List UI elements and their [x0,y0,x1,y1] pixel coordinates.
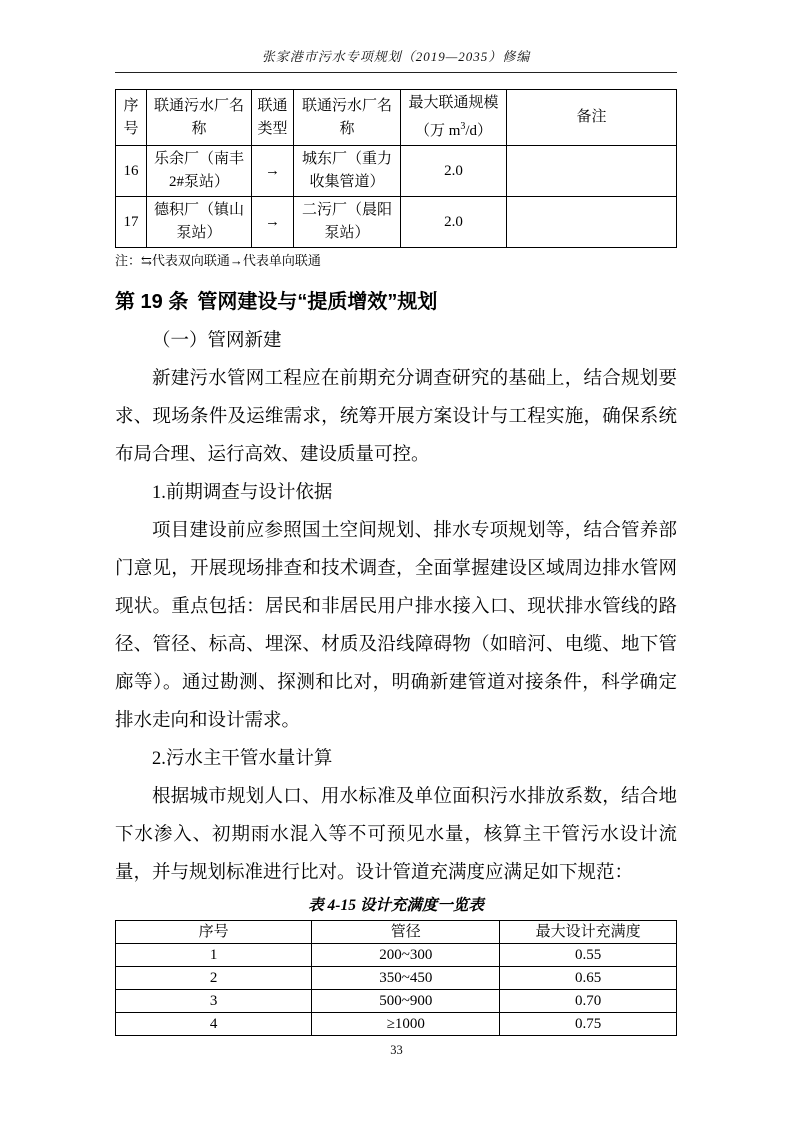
t2-cell-diameter: 350~450 [312,967,500,990]
table-header-row: 序号 管径 最大设计充满度 [116,921,677,944]
t1-header-type: 联通类型 [252,90,294,146]
article-heading: 第 19 条管网建设与“提质增效”规划 [115,288,677,316]
table-row: 3 500~900 0.70 [116,990,677,1013]
paragraph-3: 根据城市规划人口、用水标准及单位面积污水排放系数，结合地下水渗入、初期雨水混入等… [115,778,677,892]
fill-degree-table: 序号 管径 最大设计充满度 1 200~300 0.55 2 350~450 0… [115,920,677,1036]
content-area: 张家港市污水专项规划（2019—2035）修编 序号 联通污水厂名称 联通类型 … [115,0,677,1036]
t2-cell-no: 2 [116,967,312,990]
t2-cell-max-fill: 0.65 [500,967,677,990]
document-page: 张家港市污水专项规划（2019—2035）修编 序号 联通污水厂名称 联通类型 … [0,0,793,1122]
t2-cell-diameter: 500~900 [312,990,500,1013]
table-note: 注：⇆代表双向联通→代表单向联通 [115,251,677,270]
t1-cell-remark [507,197,677,248]
t1-header-scale-unit-post: /d） [465,123,492,139]
t2-cell-max-fill: 0.75 [500,1013,677,1036]
t1-cell-from: 德积厂（镇山泵站） [147,197,252,248]
t1-header-from: 联通污水厂名称 [147,90,252,146]
table-row: 1 200~300 0.55 [116,944,677,967]
t1-header-scale-unit-pre: （万 m [415,123,460,139]
t1-header-remark: 备注 [507,90,677,146]
table-row: 16 乐余厂（南丰2#泵站） → 城东厂（重力收集管道） 2.0 [116,146,677,197]
t1-cell-remark [507,146,677,197]
table-row: 17 德积厂（镇山泵站） → 二污厂（晨阳泵站） 2.0 [116,197,677,248]
t1-cell-scale: 2.0 [401,146,507,197]
t1-cell-to: 城东厂（重力收集管道） [294,146,401,197]
table-header-row: 序号 联通污水厂名称 联通类型 联通污水厂名称 最大联通规模 （万 m3/d） … [116,90,677,146]
t2-header-max-fill: 最大设计充满度 [500,921,677,944]
t1-header-to: 联通污水厂名称 [294,90,401,146]
paragraph-2: 项目建设前应参照国土空间规划、排水专项规划等，结合管养部门意见，开展现场排查和技… [115,512,677,740]
t2-header-diameter: 管径 [312,921,500,944]
t2-cell-no: 4 [116,1013,312,1036]
list-item-1: 1.前期调查与设计依据 [115,474,677,512]
t2-header-no: 序号 [116,921,312,944]
t2-cell-max-fill: 0.55 [500,944,677,967]
list-item-2: 2.污水主干管水量计算 [115,740,677,778]
t1-cell-from: 乐余厂（南丰2#泵站） [147,146,252,197]
t2-cell-diameter: ≥1000 [312,1013,500,1036]
table-caption: 表 4-15 设计充满度一览表 [115,895,677,916]
t1-cell-type-arrow: → [252,146,294,197]
t1-cell-to: 二污厂（晨阳泵站） [294,197,401,248]
t1-header-scale: 最大联通规模 （万 m3/d） [401,90,507,146]
t1-header-scale-line1: 最大联通规模 [408,95,498,111]
table-row: 2 350~450 0.65 [116,967,677,990]
section-subheading: （一）管网新建 [115,322,677,360]
interconnection-table: 序号 联通污水厂名称 联通类型 联通污水厂名称 最大联通规模 （万 m3/d） … [115,89,677,248]
table-row: 4 ≥1000 0.75 [116,1013,677,1036]
t1-cell-scale: 2.0 [401,197,507,248]
article-number: 第 19 条 [115,291,188,313]
t2-cell-diameter: 200~300 [312,944,500,967]
page-number: 33 [0,1043,793,1058]
t2-cell-no: 3 [116,990,312,1013]
t1-cell-no: 16 [116,146,147,197]
t2-cell-no: 1 [116,944,312,967]
article-title: 管网建设与“提质增效”规划 [197,291,437,313]
t1-header-no: 序号 [116,90,147,146]
paragraph-1: 新建污水管网工程应在前期充分调查研究的基础上，结合规划要求、现场条件及运维需求，… [115,360,677,474]
running-header: 张家港市污水专项规划（2019—2035）修编 [115,0,677,65]
header-rule [115,72,677,73]
t2-cell-max-fill: 0.70 [500,990,677,1013]
t1-cell-no: 17 [116,197,147,248]
t1-cell-type-arrow: → [252,197,294,248]
